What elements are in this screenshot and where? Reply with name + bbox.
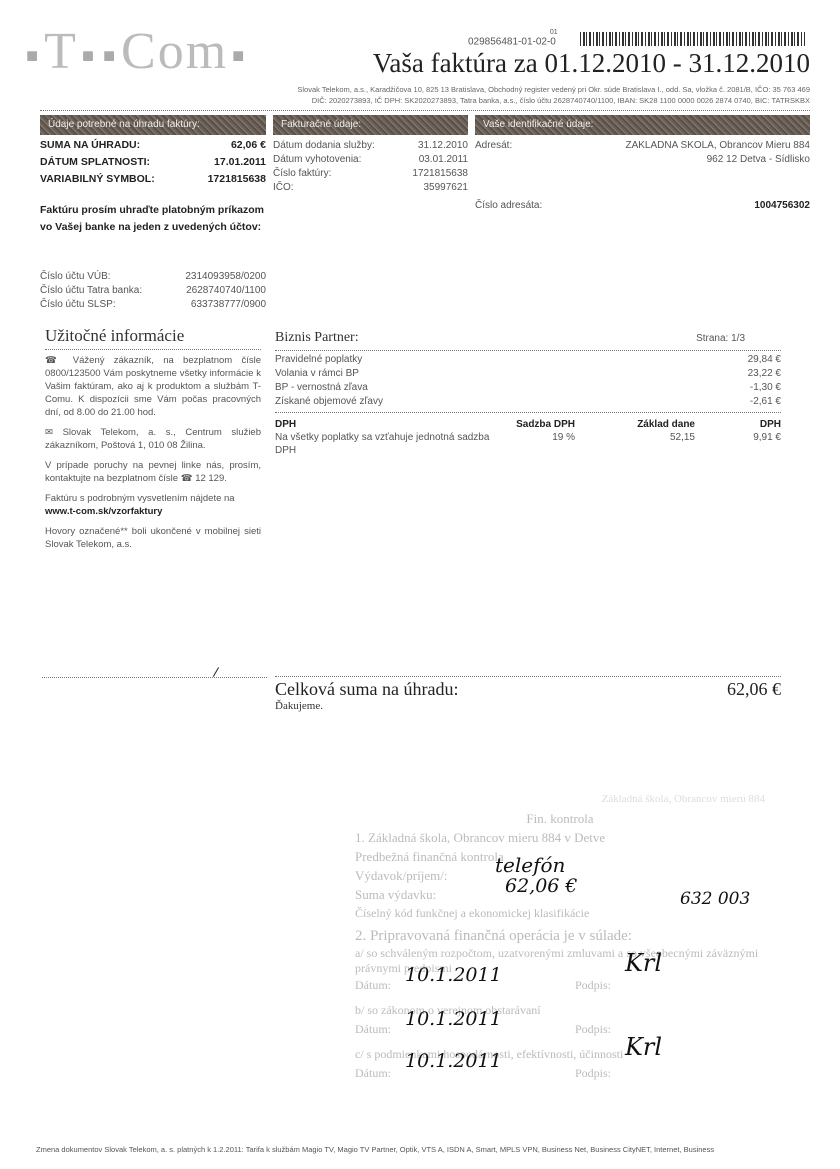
charge-amount: 29,84 €: [748, 353, 781, 367]
invoice-title: Vaša faktúra za 01.12.2010 - 31.12.2010: [373, 48, 810, 79]
stamp-title: Fin. kontrola: [355, 809, 765, 828]
stamp-date-row: Dátum:10.1.2011Podpis:Krl: [355, 1064, 765, 1083]
vat-amount: 9,91 €: [695, 431, 781, 457]
info-explanation: Faktúru s podrobným vysvetlením nájdete …: [45, 492, 261, 505]
tax-base-header: Základ dane: [575, 418, 695, 431]
stamp-line: 1. Základná škola, Obrancov mieru 884 v …: [355, 828, 765, 847]
billing-row: IČO:35997621: [273, 181, 468, 195]
charges-heading: Biznis Partner:: [275, 330, 359, 346]
financial-control-stamp: Základná škola, Obrancov mieru 884 Fin. …: [355, 790, 765, 1083]
handwritten-sum: 62,06 €: [505, 877, 578, 896]
tax-base: 52,15: [575, 431, 695, 457]
divider: [40, 110, 810, 111]
info-mobile-calls: Hovory označené** boli ukončené v mobiln…: [45, 525, 261, 551]
stamp-line: 2. Pripravovaná finančná operácia je v s…: [355, 927, 765, 946]
company-line-2: DIČ: 2020273893, IČ DPH: SK2020273893, T…: [297, 95, 810, 106]
stamp-line: Základná škola, Obrancov mieru 884: [355, 790, 765, 809]
identification-heading: Vaše identifikačné údaje:: [475, 115, 810, 135]
vat-amount-header: DPH: [695, 418, 781, 431]
payment-value: 17.01.2011: [214, 154, 266, 171]
divider: [45, 349, 261, 350]
account-number: 633738777/0900: [191, 298, 266, 312]
charge-label: Volania v rámci BP: [275, 367, 359, 381]
payment-value: 1721815638: [208, 171, 266, 188]
handwritten-date: 10.1.2011: [405, 1010, 502, 1029]
bank-account-row: Číslo účtu SLSP:633738777/0900: [40, 298, 266, 312]
barcode: [580, 32, 805, 46]
charge-row: BP - vernostná zľava-1,30 €: [275, 381, 781, 395]
vat-header: DPH: [275, 418, 505, 431]
divider: [275, 412, 781, 413]
payment-heading: Údaje potrebné na úhradu faktúry:: [40, 115, 266, 135]
billing-row: Dátum vyhotovenia:03.01.2011: [273, 153, 468, 167]
company-info: Slovak Telekom, a.s., Karadžičova 10, 82…: [297, 84, 810, 106]
charge-row: Volania v rámci BP23,22 €: [275, 367, 781, 381]
billing-label: Číslo faktúry:: [273, 167, 331, 181]
recipient-address: ZAKLADNA SKOLA, Obrancov Mieru 884: [625, 139, 810, 153]
payment-row: VARIABILNÝ SYMBOL:1721815638: [40, 171, 266, 188]
billing-value: 03.01.2011: [419, 153, 468, 167]
recipient-row: Adresát: ZAKLADNA SKOLA, Obrancov Mieru …: [475, 139, 810, 153]
billing-label: Dátum dodania služby:: [273, 139, 375, 153]
charge-amount: -1,30 €: [750, 381, 781, 395]
bank-account-row: Číslo účtu VÚB:2314093958/0200: [40, 270, 266, 284]
payment-instruction: Faktúru prosím uhraďte platobným príkazo…: [40, 202, 266, 236]
footer-note: Zmena dokumentov Slovak Telekom, a. s. p…: [36, 1145, 714, 1154]
billing-value: 35997621: [424, 181, 469, 195]
handwritten-code: 632 003: [680, 890, 750, 909]
billing-row: Dátum dodania služby:31.12.2010: [273, 139, 468, 153]
charges-section: Biznis Partner: Strana: 1/3 Pravidelné p…: [275, 330, 781, 457]
payment-value: 62,06 €: [231, 137, 266, 154]
divider: [42, 677, 267, 678]
bank-account-label: Číslo účtu Tatra banka:: [40, 284, 142, 298]
total-label: Celková suma na úhradu:: [275, 679, 458, 700]
handwritten-expense: telefón: [495, 856, 565, 875]
divider: [275, 350, 781, 351]
billing-row: Číslo faktúry:1721815638: [273, 167, 468, 181]
mail-icon: ✉: [45, 427, 53, 438]
payment-label: DÁTUM SPLATNOSTI:: [40, 154, 150, 171]
account-number: 2628740740/1100: [186, 284, 266, 298]
charge-label: BP - vernostná zľava: [275, 381, 368, 395]
identification-section: Vaše identifikačné údaje: Adresát: ZAKLA…: [475, 115, 810, 213]
vat-rate: 19 %: [505, 431, 575, 457]
vat-description: Na všetky poplatky sa vzťahuje jednotná …: [275, 431, 505, 457]
divider: [275, 676, 781, 677]
recipient-number: 1004756302: [754, 199, 810, 213]
stamp-date-row: Dátum:10.1.2011Podpis:: [355, 1020, 765, 1039]
vat-rate-header: Sadzba DPH: [505, 418, 575, 431]
thanks: Ďakujeme.: [275, 700, 781, 712]
phone-icon: ☎: [45, 355, 64, 366]
recipient-city: 962 12 Detva - Sídlisko: [475, 153, 810, 167]
bank-account-row: Číslo účtu Tatra banka:2628740740/1100: [40, 284, 266, 298]
vat-table: DPH Sadzba DPH Základ dane DPH Na všetky…: [275, 418, 781, 457]
total-section: Celková suma na úhradu: 62,06 € Ďakujeme…: [275, 676, 781, 712]
billing-value: 1721815638: [412, 167, 468, 181]
payment-row: SUMA NA ÚHRADU:62,06 €: [40, 137, 266, 154]
payment-label: SUMA NA ÚHRADU:: [40, 137, 140, 154]
payment-section: Údaje potrebné na úhradu faktúry: SUMA N…: [40, 115, 266, 312]
handwritten-signature: Krl: [625, 954, 662, 973]
billing-section: Fakturačné údaje: Dátum dodania služby:3…: [273, 115, 468, 195]
useful-info-heading: Užitočné informácie: [45, 326, 261, 346]
sample-invoice-link[interactable]: www.t-com.sk/vzorfaktury: [45, 506, 162, 517]
charge-label: Získané objemové zľavy: [275, 395, 383, 409]
useful-info-section: Užitočné informácie ☎ Vážený zákazník, n…: [45, 326, 261, 558]
billing-label: IČO:: [273, 181, 294, 195]
company-line-1: Slovak Telekom, a.s., Karadžičova 10, 82…: [297, 84, 810, 95]
info-fault: V prípade poruchy na pevnej linke nás, p…: [45, 459, 261, 485]
stamp-code-row: Číselný kód funkčnej a ekonomickej klasi…: [355, 904, 765, 923]
payment-row: DÁTUM SPLATNOSTI:17.01.2011: [40, 154, 266, 171]
total-amount: 62,06 €: [727, 679, 781, 700]
page-number: Strana: 1/3: [696, 333, 745, 344]
billing-label: Dátum vyhotovenia:: [273, 153, 361, 167]
charge-row: Pravidelné poplatky29,84 €: [275, 353, 781, 367]
payment-label: VARIABILNÝ SYMBOL:: [40, 171, 155, 188]
bank-account-label: Číslo účtu VÚB:: [40, 270, 111, 284]
document-number: 029856481-01-02-001: [468, 35, 564, 47]
bank-account-label: Číslo účtu SLSP:: [40, 298, 116, 312]
handwritten-signature: Krl: [625, 1038, 662, 1057]
charge-amount: -2,61 €: [750, 395, 781, 409]
t-com-logo: ■T■ ■Com■: [22, 22, 250, 81]
charge-amount: 23,22 €: [748, 367, 781, 381]
info-hotline: ☎ Vážený zákazník, na bezplatnom čísle 0…: [45, 354, 261, 419]
handwritten-date: 10.1.2011: [405, 1052, 502, 1071]
billing-heading: Fakturačné údaje:: [273, 115, 468, 135]
charge-row: Získané objemové zľavy-2,61 €: [275, 395, 781, 409]
account-number: 2314093958/0200: [185, 270, 266, 284]
charge-label: Pravidelné poplatky: [275, 353, 362, 367]
stamp-date-row: Dátum:10.1.2011Podpis:Krl: [355, 976, 765, 995]
billing-value: 31.12.2010: [418, 139, 468, 153]
info-address: ✉ Slovak Telekom, a. s., Centrum služieb…: [45, 426, 261, 452]
handwritten-date: 10.1.2011: [405, 966, 502, 985]
recipient-number-row: Číslo adresáta: 1004756302: [475, 199, 810, 213]
